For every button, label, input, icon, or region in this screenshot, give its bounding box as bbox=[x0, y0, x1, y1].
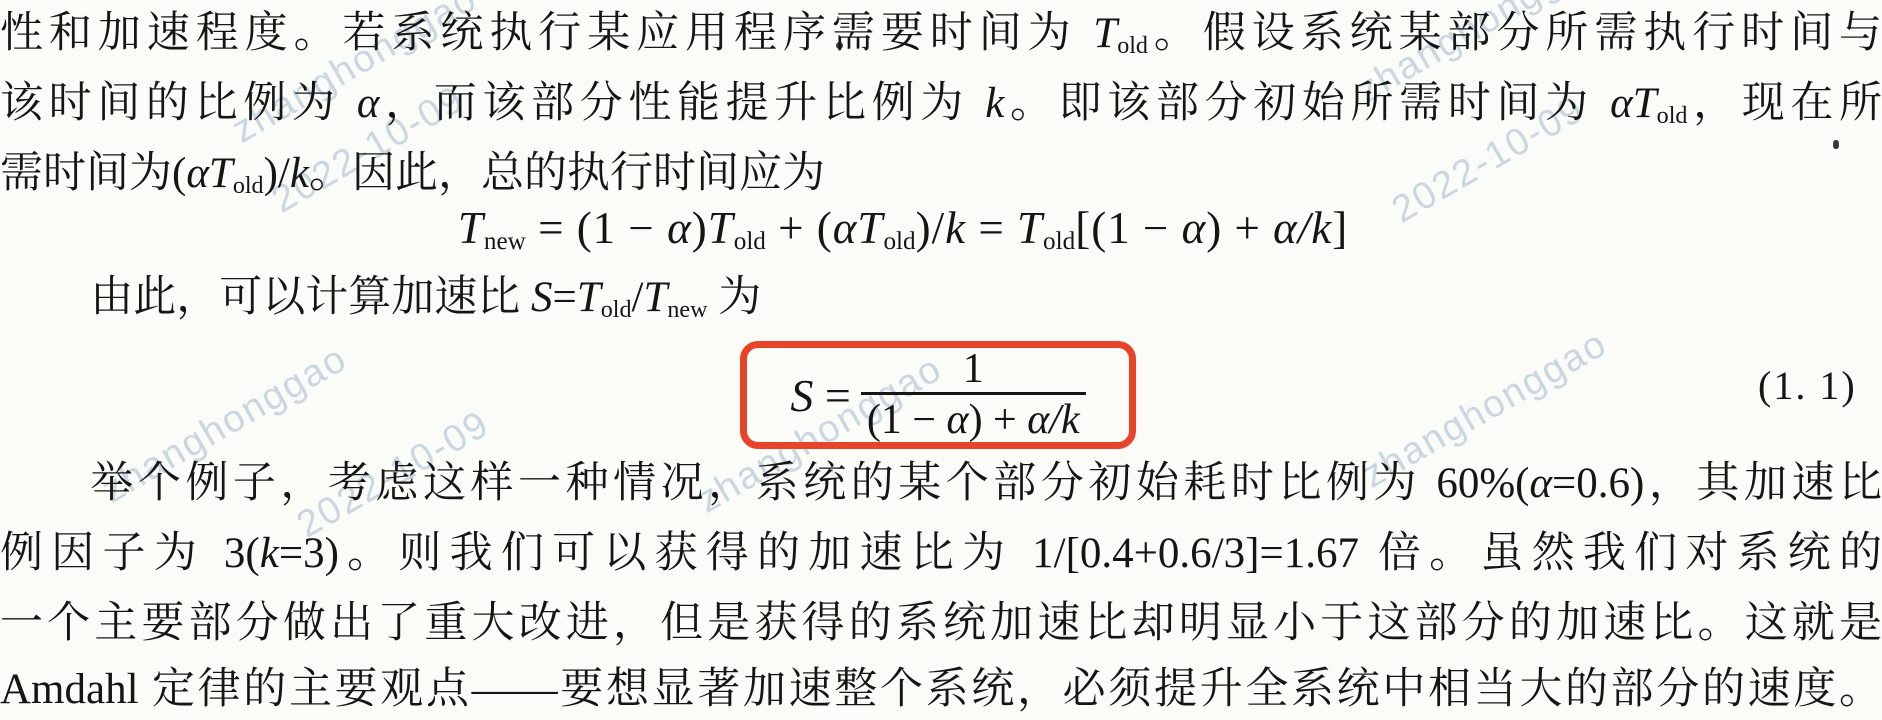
fraction-denominator: (1 − α) + α/k bbox=[861, 397, 1086, 443]
text-line-1: 性和加速程度。若系统执行某应用程序需要时间为 Told。假设系统某部分所需执行时… bbox=[0, 6, 1882, 74]
equation-number: (1. 1) bbox=[1758, 362, 1857, 409]
formula-fraction: 1 (1 − α) + α/k bbox=[861, 347, 1086, 443]
fraction-bar bbox=[861, 392, 1086, 395]
text-line-7: 一个主要部分做出了重大改进，但是获得的系统加速比却明显小于这部分的加速比。这就是 bbox=[0, 596, 1882, 652]
equation-tnew: Tnew = (1 − α)Told + (αTold)/k = Told[(1… bbox=[0, 198, 1806, 272]
text-line-4: 由此，可以计算加速比 S=Told/Tnew 为 bbox=[0, 270, 1882, 338]
text-line-8: Amdahl 定律的主要观点——要想显著加速整个系统，必须提升全系统中相当大的部… bbox=[0, 662, 1882, 718]
text-line-6: 例因子为 3(k=3)。则我们可以获得的加速比为 1/[0.4+0.6/3]=1… bbox=[0, 526, 1882, 582]
document-page: zhanghonggao 2022-10-09 zhanghonggao 202… bbox=[0, 0, 1882, 720]
formula-lhs: S = bbox=[790, 369, 850, 422]
text-line-2: 该时间的比例为 α，而该部分性能提升比例为 k。即该部分初始所需时间为 αTol… bbox=[0, 76, 1882, 144]
text-line-5: 举个例子，考虑这样一种情况，系统的某个部分初始耗时比例为 60%(α=0.6)，… bbox=[0, 456, 1882, 512]
amdahl-speedup-formula-box: S = 1 (1 − α) + α/k bbox=[740, 341, 1136, 449]
fraction-numerator: 1 bbox=[861, 347, 1086, 391]
